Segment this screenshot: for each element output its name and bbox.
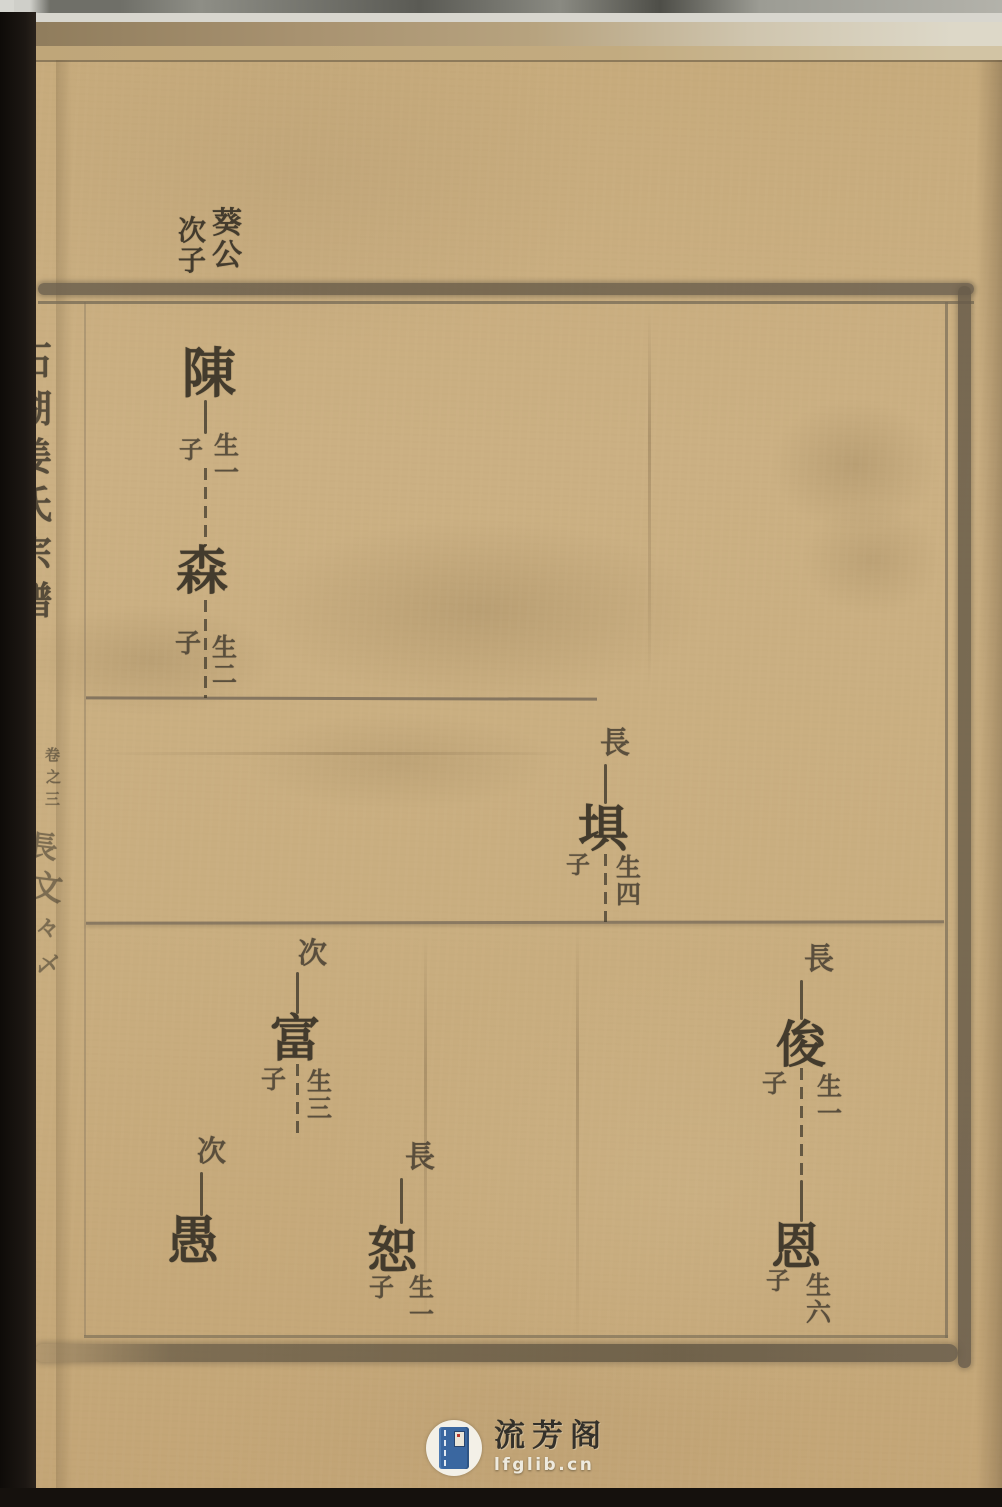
frame-top-border xyxy=(38,283,974,295)
genealogy-page-scan: 石 湖 姜 氏 宗 譜 卷 之 三 長 文 々 乄 葵公 次子 陳 生一 子 森… xyxy=(0,0,1002,1507)
ancestor-name: 陳 xyxy=(182,344,236,402)
paper-crease xyxy=(648,310,651,690)
birth-count-note: 生二 xyxy=(212,634,237,688)
son-note: 子 xyxy=(179,437,203,463)
birth-order-label: 長 xyxy=(405,1142,435,1174)
connector-line xyxy=(204,400,207,434)
paper-crease xyxy=(576,930,579,1340)
son-note: 子 xyxy=(175,630,201,658)
birth-count-note: 生四 xyxy=(616,854,641,908)
son-note: 子 xyxy=(762,1070,787,1097)
connector-line xyxy=(200,1172,203,1216)
ancestor-name: 富 xyxy=(270,1012,320,1066)
watermark-badge xyxy=(426,1420,482,1476)
site-watermark: 流芳阁 lfglib.cn xyxy=(426,1420,608,1476)
birth-count-note: 生三 xyxy=(307,1068,332,1122)
ancestor-name: 愚 xyxy=(167,1214,219,1270)
son-note: 子 xyxy=(566,852,590,878)
page-right-edge-shadow xyxy=(976,60,1002,1488)
birth-count-note: 生一 xyxy=(817,1073,842,1127)
birth-order-label: 長 xyxy=(600,728,630,760)
binding-edge xyxy=(0,12,36,1507)
watermark-site-name: 流芳阁 xyxy=(494,1421,608,1452)
birth-count-note: 生一 xyxy=(409,1274,434,1328)
birth-count-note: 生一 xyxy=(214,432,239,486)
connector-line xyxy=(604,764,607,804)
connector-line xyxy=(204,600,207,698)
underlying-pages-edge xyxy=(30,22,1002,46)
connector-line xyxy=(204,468,207,546)
connector-line xyxy=(604,854,607,922)
ancestor-name: 森 xyxy=(176,544,228,600)
frame-left-border xyxy=(84,302,86,1336)
connector-line xyxy=(296,1064,299,1140)
frame-right-border-inner xyxy=(945,302,948,1338)
connector-line xyxy=(800,980,803,1020)
son-note: 子 xyxy=(369,1274,394,1301)
underlying-pages-edge xyxy=(36,46,1002,62)
ancestor-name: 埧 xyxy=(578,802,628,856)
spine-volume-char: 之 xyxy=(46,766,61,787)
birth-order-label: 次 xyxy=(197,1136,226,1167)
book-title-label-detail xyxy=(454,1431,465,1447)
chinese-book-icon xyxy=(439,1427,469,1469)
spine-volume-char: 卷 xyxy=(45,744,60,765)
header-son-order-label: 次子 xyxy=(178,216,206,276)
son-note: 子 xyxy=(766,1268,790,1294)
connector-line xyxy=(800,1068,803,1180)
scan-bottom-edge xyxy=(0,1488,1002,1507)
watermark-site-url: lfglib.cn xyxy=(494,1455,608,1475)
connector-line xyxy=(800,1180,803,1222)
scan-edge-strip xyxy=(13,13,1002,22)
ancestor-name: 俊 xyxy=(776,1018,826,1072)
connector-line xyxy=(296,972,299,1014)
birth-count-note: 生六 xyxy=(806,1272,831,1326)
spine-volume-char: 三 xyxy=(45,788,60,809)
frame-bottom-border-inner xyxy=(84,1335,948,1338)
connector-line xyxy=(400,1178,403,1224)
frame-top-border-inner xyxy=(38,301,974,304)
book-stitch-detail xyxy=(444,1430,446,1466)
birth-order-label: 次 xyxy=(298,938,327,969)
frame-bottom-border xyxy=(34,1344,958,1362)
header-ancestor-label: 葵公 xyxy=(212,208,242,273)
spine-handwriting-char: 乄 xyxy=(36,947,62,980)
ancestor-name: 恕 xyxy=(367,1224,417,1278)
spine-handwriting-char: 々 xyxy=(34,907,62,945)
son-note: 子 xyxy=(261,1066,286,1093)
birth-order-label: 長 xyxy=(804,944,834,976)
scan-edge-strip xyxy=(0,0,1002,13)
paper-fold-mark xyxy=(100,752,580,755)
frame-right-border xyxy=(958,286,971,1368)
